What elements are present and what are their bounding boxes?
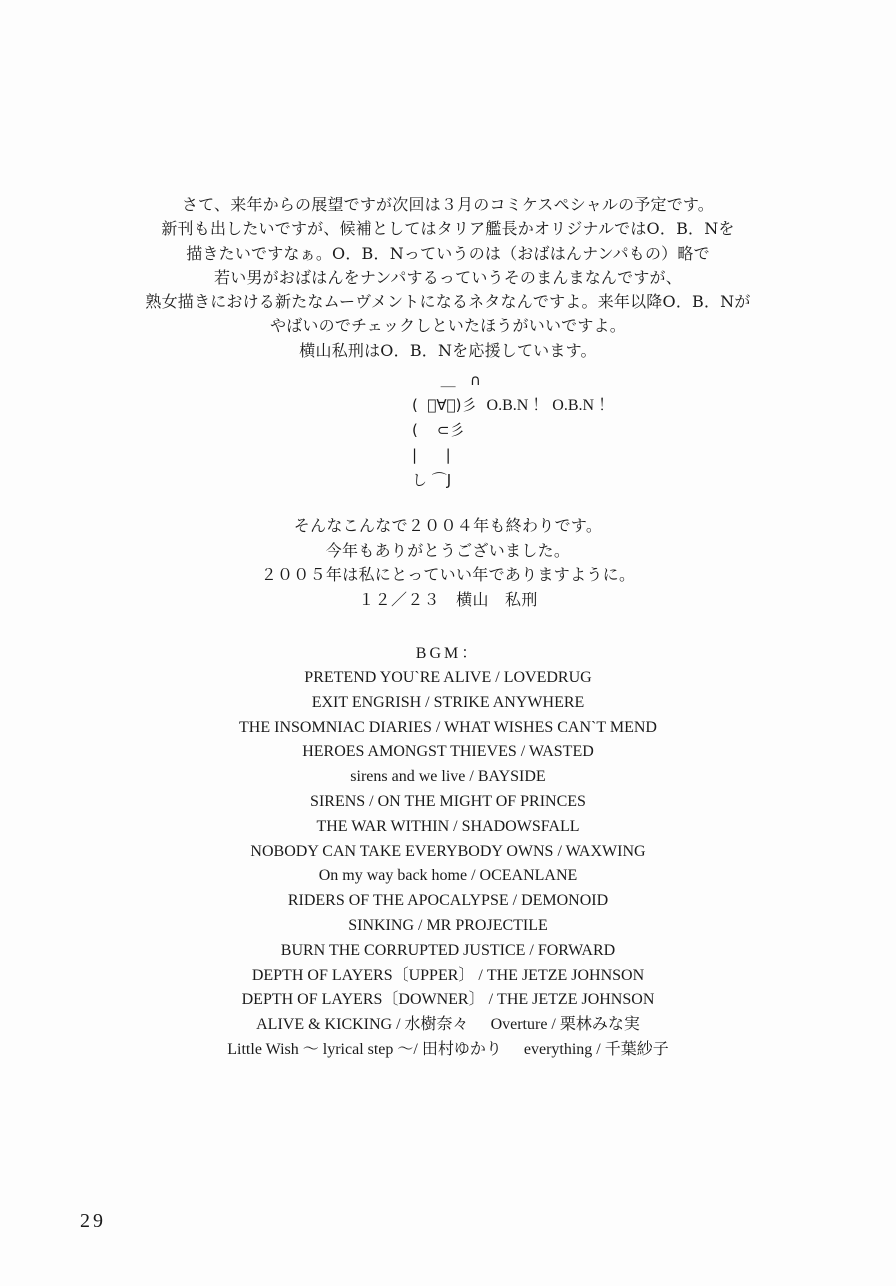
bgm-track: Little Wish ～ lyrical step ～/ 田村ゆかり (227, 1041, 502, 1058)
ascii-art: ＿ ∩ ( ﾟ∀ﾟ)彡O.B.N ！ O.B.N ！ ( ⊂彡 | | し ⌒J (412, 368, 614, 493)
ascii-art-line: | | (412, 443, 614, 468)
text-line: ２００５年は私にとっていい年でありますように。 (0, 563, 896, 588)
bgm-track: THE WAR WITHIN / SHADOWSFALL (0, 815, 896, 840)
bgm-track: Overture / 栗林みな実 (491, 1016, 640, 1033)
bgm-track: RIDERS OF THE APOCALYPSE / DEMONOID (0, 889, 896, 914)
ascii-art-line: し ⌒J (412, 468, 614, 493)
bgm-track: everything / 千葉紗子 (524, 1041, 669, 1058)
text-line: 熟女描きにおける新たなムーヴメントになるネタなんですよ。来年以降O．B．Nが (0, 290, 896, 314)
text-line: さて、来年からの展望ですが次回は３月のコミケスペシャルの予定です。 (0, 193, 896, 217)
bgm-track: PRETEND YOU`RE ALIVE / LOVEDRUG (0, 666, 896, 691)
bgm-track-pair: ALIVE & KICKING / 水樹奈々Overture / 栗林みな実 (0, 1013, 896, 1038)
bgm-track: THE INSOMNIAC DIARIES / WHAT WISHES CAN`… (0, 716, 896, 741)
page-number: 29 (80, 1210, 106, 1233)
text-line: 若い男がおばはんをナンパするっていうそのまんまなんですが、 (0, 266, 896, 290)
afterword-paragraph: さて、来年からの展望ですが次回は３月のコミケスペシャルの予定です。 新刊も出した… (0, 193, 896, 363)
text-line: 今年もありがとうございました。 (0, 539, 896, 564)
text-line: やばいのでチェックしといたほうがいいですよ。 (0, 314, 896, 338)
text-line: 横山私刑はO．B．Nを応援しています。 (0, 339, 896, 363)
text-line: 新刊も出したいですが、候補としてはタリア艦長かオリジナルではO．B．Nを (0, 217, 896, 241)
text-line: 描きたいですなぁ。O．B．Nっていうのは（おばはんナンパもの）略で (0, 242, 896, 266)
bgm-track: BURN THE CORRUPTED JUSTICE / FORWARD (0, 939, 896, 964)
text-line: そんなこんなで２００４年も終わりです。 (0, 514, 896, 539)
bgm-heading: BGM： (0, 642, 896, 666)
ascii-art-line: ＿ ∩ (412, 368, 614, 393)
ascii-art-face: ( ﾟ∀ﾟ)彡 (412, 396, 477, 414)
ascii-art-shout: O.B.N ！ O.B.N ！ (487, 397, 615, 414)
bgm-track: SIRENS / ON THE MIGHT OF PRINCES (0, 790, 896, 815)
ascii-art-line: ( ﾟ∀ﾟ)彡O.B.N ！ O.B.N ！ (412, 393, 614, 418)
bgm-track: EXIT ENGRISH / STRIKE ANYWHERE (0, 691, 896, 716)
ascii-art-line: ( ⊂彡 (412, 418, 614, 443)
closing-message: そんなこんなで２００４年も終わりです。 今年もありがとうございました。 ２００５… (0, 514, 896, 612)
bgm-list: BGM： PRETEND YOU`RE ALIVE / LOVEDRUG EXI… (0, 642, 896, 1063)
bgm-track: sirens and we live / BAYSIDE (0, 765, 896, 790)
bgm-track: SINKING / MR PROJECTILE (0, 914, 896, 939)
bgm-track: DEPTH OF LAYERS〔UPPER〕 / THE JETZE JOHNS… (0, 964, 896, 989)
bgm-track: HEROES AMONGST THIEVES / WASTED (0, 740, 896, 765)
signature-date: １２／２３ 横山 私刑 (0, 588, 896, 613)
bgm-track: NOBODY CAN TAKE EVERYBODY OWNS / WAXWING (0, 840, 896, 865)
bgm-track: ALIVE & KICKING / 水樹奈々 (256, 1016, 468, 1033)
bgm-track: On my way back home / OCEANLANE (0, 864, 896, 889)
bgm-track-pair: Little Wish ～ lyrical step ～/ 田村ゆかりevery… (0, 1038, 896, 1063)
bgm-track: DEPTH OF LAYERS〔DOWNER〕 / THE JETZE JOHN… (0, 988, 896, 1013)
document-page: さて、来年からの展望ですが次回は３月のコミケスペシャルの予定です。 新刊も出した… (0, 0, 896, 1286)
